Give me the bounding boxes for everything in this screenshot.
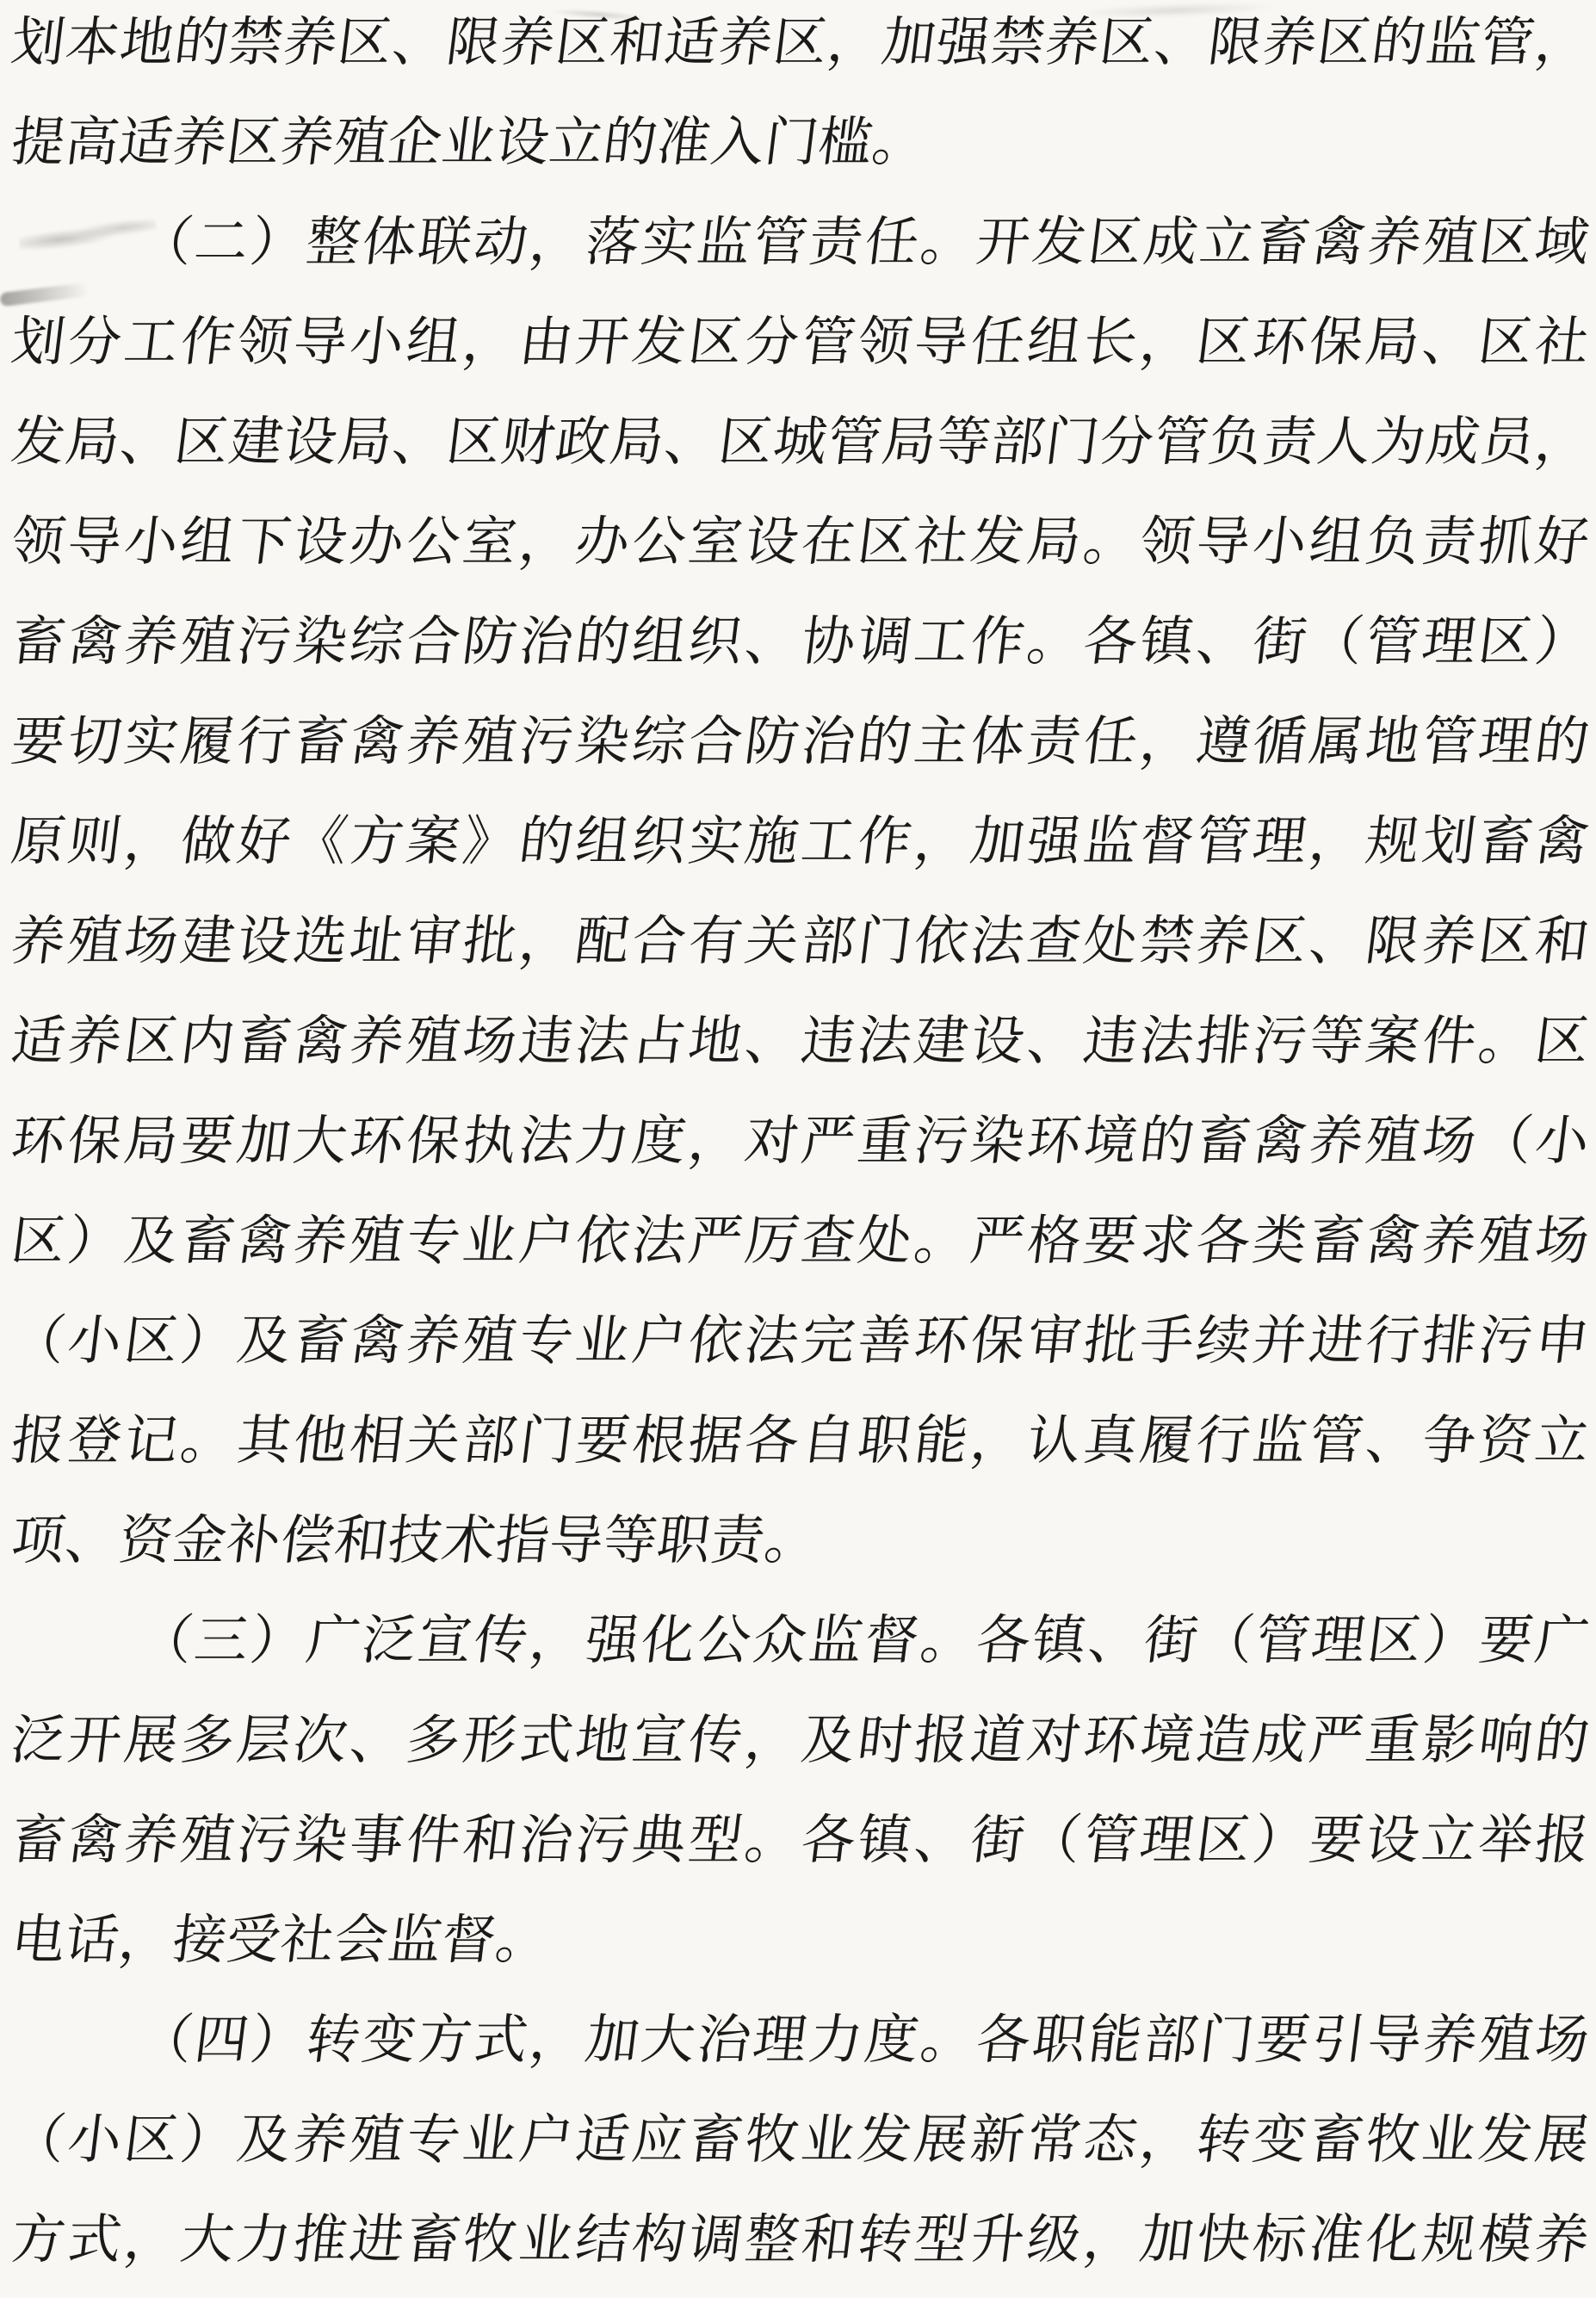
text-line: 划分工作领导小组，由开发区分管领导任组长，区环保局、区社	[5, 293, 1594, 393]
document-page: 划本地的禁养区、限养区和适养区，加强禁养区、限养区的监管，提高适养区养殖企业设立…	[0, 0, 1596, 2298]
text-line: 区）及畜禽养殖专业户依法严厉查处。严格要求各类畜禽养殖场	[5, 1192, 1594, 1291]
text-line: 要切实履行畜禽养殖污染综合防治的主体责任，遵循属地管理的	[5, 692, 1594, 792]
text-line: （二）整体联动，落实监管责任。开发区成立畜禽养殖区域	[5, 193, 1594, 293]
text-line: 电话，接受社会监督。	[5, 1891, 1594, 1991]
text-line: 畜禽养殖污染事件和治污典型。各镇、街（管理区）要设立举报	[5, 1791, 1594, 1891]
text-line: 畜禽养殖污染综合防治的组织、协调工作。各镇、街（管理区）	[5, 592, 1594, 692]
text-line: 原则，做好《方案》的组织实施工作，加强监督管理，规划畜禽	[5, 792, 1594, 892]
text-line: （小区）及畜禽养殖专业户依法完善环保审批手续并进行排污申	[5, 1291, 1594, 1391]
text-line: （四）转变方式，加大治理力度。各职能部门要引导养殖场	[5, 1991, 1594, 2090]
text-line: 报登记。其他相关部门要根据各自职能，认真履行监管、争资立	[5, 1391, 1594, 1491]
text-line: 环保局要加大环保执法力度，对严重污染环境的畜禽养殖场（小	[5, 1092, 1594, 1192]
text-line: 划本地的禁养区、限养区和适养区，加强禁养区、限养区的监管，	[5, 0, 1594, 93]
text-line: 泛开展多层次、多形式地宣传，及时报道对环境造成严重影响的	[5, 1691, 1594, 1791]
text-line: （小区）及养殖专业户适应畜牧业发展新常态，转变畜牧业发展	[5, 2090, 1594, 2190]
text-line: 发局、区建设局、区财政局、区城管局等部门分管负责人为成员，	[5, 393, 1594, 492]
text-line: 方式，大力推进畜牧业结构调整和转型升级，加快标准化规模养	[5, 2190, 1594, 2290]
text-line: 养殖场建设选址审批，配合有关部门依法查处禁养区、限养区和	[5, 892, 1594, 992]
text-line: 适养区内畜禽养殖场违法占地、违法建设、违法排污等案件。区	[5, 992, 1594, 1092]
text-line: 提高适养区养殖企业设立的准入门槛。	[5, 93, 1594, 193]
text-line: 项、资金补偿和技术指导等职责。	[5, 1491, 1594, 1591]
text-line: 领导小组下设办公室，办公室设在区社发局。领导小组负责抓好	[5, 492, 1594, 592]
text-block: 划本地的禁养区、限养区和适养区，加强禁养区、限养区的监管，提高适养区养殖企业设立…	[0, 0, 1596, 2290]
text-line: （三）广泛宣传，强化公众监督。各镇、街（管理区）要广	[5, 1591, 1594, 1691]
